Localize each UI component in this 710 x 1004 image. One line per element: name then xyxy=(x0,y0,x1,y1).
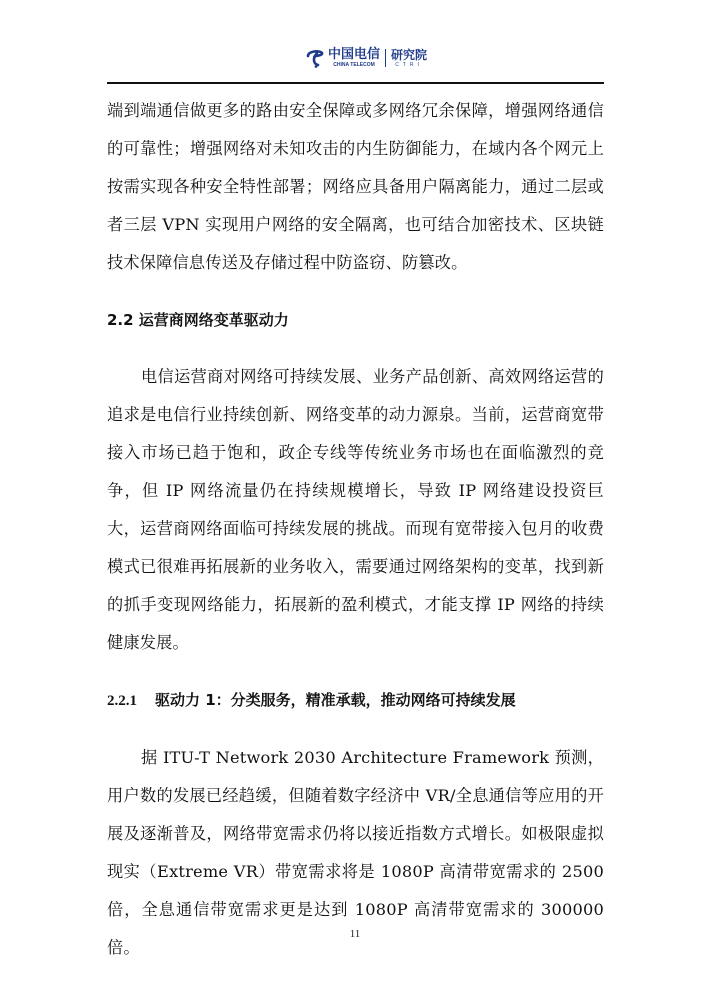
page-content: 端到端通信做更多的路由安全保障或多网络冗余保障，增强网络通信的可靠性；增强网络对… xyxy=(107,92,604,967)
china-telecom-wordmark: 中国电信 CHINA TELECOM xyxy=(328,48,380,68)
china-telecom-ctri-logo: 中国电信 CHINA TELECOM 研究院 CTRI xyxy=(305,48,427,68)
subsection-title: 驱动力 1：分类服务，精准承载，推动网络可持续发展 xyxy=(155,691,516,709)
institute-cn-text: 研究院 xyxy=(391,48,427,62)
logo-en-text: CHINA TELECOM xyxy=(333,62,374,68)
ctri-wordmark: 研究院 CTRI xyxy=(391,48,427,68)
page-header: 中国电信 CHINA TELECOM 研究院 CTRI xyxy=(0,44,710,78)
institute-en-text: CTRI xyxy=(395,62,423,68)
continued-paragraph: 端到端通信做更多的路由安全保障或多网络冗余保障，增强网络通信的可靠性；增强网络对… xyxy=(107,92,604,282)
china-telecom-logo-icon xyxy=(305,48,325,68)
page-number: 11 xyxy=(0,928,710,940)
section-paragraph: 电信运营商对网络可持续发展、业务产品创新、高效网络运营的追求是电信行业持续创新、… xyxy=(107,358,604,662)
subsection-heading: 2.2.1驱动力 1：分类服务，精准承载，推动网络可持续发展 xyxy=(107,681,604,720)
header-rule xyxy=(107,82,604,84)
logo-separator xyxy=(385,49,386,67)
section-heading: 2.2 运营商网络变革驱动力 xyxy=(107,301,604,339)
subsection-number: 2.2.1 xyxy=(107,682,155,720)
logo-cn-text: 中国电信 xyxy=(328,48,380,62)
